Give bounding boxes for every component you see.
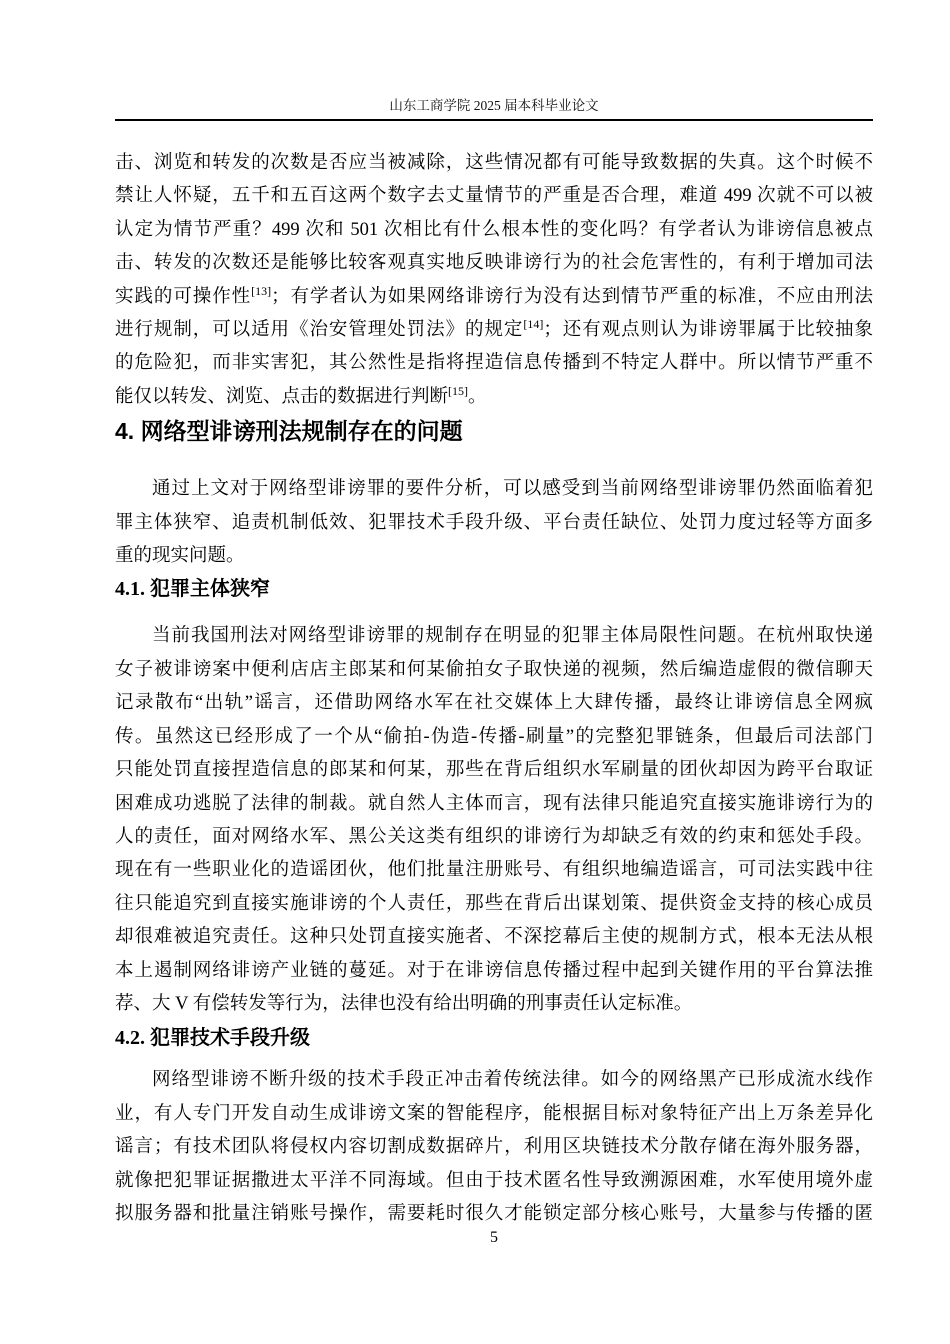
text-line: 传。虽然这已经形成了一个从“偷拍-伪造-传播-刷量”的完整犯罪链条，但最后司法部… — [115, 721, 873, 754]
text-line: 重的现实问题。 — [115, 540, 873, 573]
paragraph: 网络型诽谤不断升级的技术手段正冲击着传统法律。如今的网络黑产已形成流水线作业，有… — [115, 1064, 873, 1231]
page-number: 5 — [490, 1229, 498, 1246]
paragraph: 通过上文对于网络型诽谤罪的要件分析，可以感受到当前网络型诽谤罪仍然面临着犯罪主体… — [115, 473, 873, 573]
text-line: 通过上文对于网络型诽谤罪的要件分析，可以感受到当前网络型诽谤罪仍然面临着犯 — [115, 473, 873, 506]
text-line: 击、转发的次数还是能够比较客观真实地反映诽谤行为的社会危害性的，有利于增加司法 — [115, 247, 873, 280]
text-line: 只能处罚直接捏造信息的郎某和何某，那些在背后组织水军刷量的团伙却因为跨平台取证 — [115, 754, 873, 787]
document-body: 击、浏览和转发的次数是否应当被减除，这些情况都有可能导致数据的失真。这个时候不禁… — [115, 147, 873, 1231]
text-line: 实践的可操作性[13]；有学者认为如果网络诽谤行为没有达到情节严重的标准，不应由… — [115, 281, 873, 314]
text-line: 就像把犯罪证据撒进太平洋不同海域。但由于技术匿名性导致溯源困难，水军使用境外虚 — [115, 1165, 873, 1198]
text-line: 认定为情节严重？499 次和 501 次相比有什么根本性的变化吗？有学者认为诽谤… — [115, 214, 873, 247]
text-line: 现在有一些职业化的造谣团伙，他们批量注册账号、有组织地编造谣言，可司法实践中往 — [115, 854, 873, 887]
section-heading: 4. 网络型诽谤刑法规制存在的问题 — [115, 416, 873, 446]
text-line: 业，有人专门开发自动生成诽谤文案的智能程序，能根据目标对象特征产出上万条差异化 — [115, 1098, 873, 1131]
paragraph: 击、浏览和转发的次数是否应当被减除，这些情况都有可能导致数据的失真。这个时候不禁… — [115, 147, 873, 414]
text-line: 的危险犯，而非实害犯，其公然性是指将捏造信息传播到不特定人群中。所以情节严重不 — [115, 347, 873, 380]
paragraph: 当前我国刑法对网络型诽谤罪的规制存在明显的犯罪主体局限性问题。在杭州取快递女子被… — [115, 620, 873, 1021]
text-line: 能仅以转发、浏览、点击的数据进行判断[15]。 — [115, 381, 873, 414]
text-line: 罪主体狭窄、追责机制低效、犯罪技术手段升级、平台责任缺位、处罚力度过轻等方面多 — [115, 507, 873, 540]
text-line: 人的责任，面对网络水军、黑公关这类有组织的诽谤行为却缺乏有效的约束和惩处手段。 — [115, 821, 873, 854]
text-line: 拟服务器和批量注销账号操作，需要耗时很久才能锁定部分核心账号，大量参与传播的匿 — [115, 1198, 873, 1231]
subsection-heading: 4.1. 犯罪主体狭窄 — [115, 575, 873, 603]
text-line: 往只能追究到直接实施诽谤的个人责任，那些在背后出谋划策、提供资金支持的核心成员 — [115, 888, 873, 921]
text-line: 谣言；有技术团队将侵权内容切割成数据碎片，利用区块链技术分散存储在海外服务器， — [115, 1131, 873, 1164]
footnote-ref: [15] — [448, 384, 468, 398]
text-line: 击、浏览和转发的次数是否应当被减除，这些情况都有可能导致数据的失真。这个时候不 — [115, 147, 873, 180]
text-line: 进行规制，可以适用《治安管理处罚法》的规定[14]；还有观点则认为诽谤罪属于比较… — [115, 314, 873, 347]
text-line: 记录散布“出轨”谣言，还借助网络水军在社交媒体上大肆传播，最终让诽谤信息全网疯 — [115, 687, 873, 720]
footnote-ref: [13] — [251, 284, 271, 298]
subsection-heading: 4.2. 犯罪技术手段升级 — [115, 1024, 873, 1052]
text-line: 女子被诽谤案中便利店店主郎某和何某偷拍女子取快递的视频，然后编造虚假的微信聊天 — [115, 654, 873, 687]
text-line: 却很难被追究责任。这种只处罚直接实施者、不深挖幕后主使的规制方式，根本无法从根 — [115, 921, 873, 954]
text-line: 网络型诽谤不断升级的技术手段正冲击着传统法律。如今的网络黑产已形成流水线作 — [115, 1064, 873, 1097]
page-footer: 5 — [115, 1228, 873, 1248]
text-line: 本上遏制网络诽谤产业链的蔓延。对于在诽谤信息传播过程中起到关键作用的平台算法推 — [115, 955, 873, 988]
text-line: 当前我国刑法对网络型诽谤罪的规制存在明显的犯罪主体局限性问题。在杭州取快递 — [115, 620, 873, 653]
footnote-ref: [14] — [523, 317, 543, 331]
text-line: 禁让人怀疑，五千和五百这两个数字去丈量情节的严重是否合理，难道 499 次就不可… — [115, 180, 873, 213]
text-line: 荐、大 V 有偿转发等行为，法律也没有给出明确的刑事责任认定标准。 — [115, 988, 873, 1021]
text-line: 困难成功逃脱了法律的制裁。就自然人主体而言，现有法律只能追究直接实施诽谤行为的 — [115, 788, 873, 821]
document-page: 山东工商学院 2025 届本科毕业论文 击、浏览和转发的次数是否应当被减除，这些… — [0, 0, 950, 1344]
page-header: 山东工商学院 2025 届本科毕业论文 — [115, 0, 873, 121]
running-head: 山东工商学院 2025 届本科毕业论文 — [389, 98, 598, 113]
